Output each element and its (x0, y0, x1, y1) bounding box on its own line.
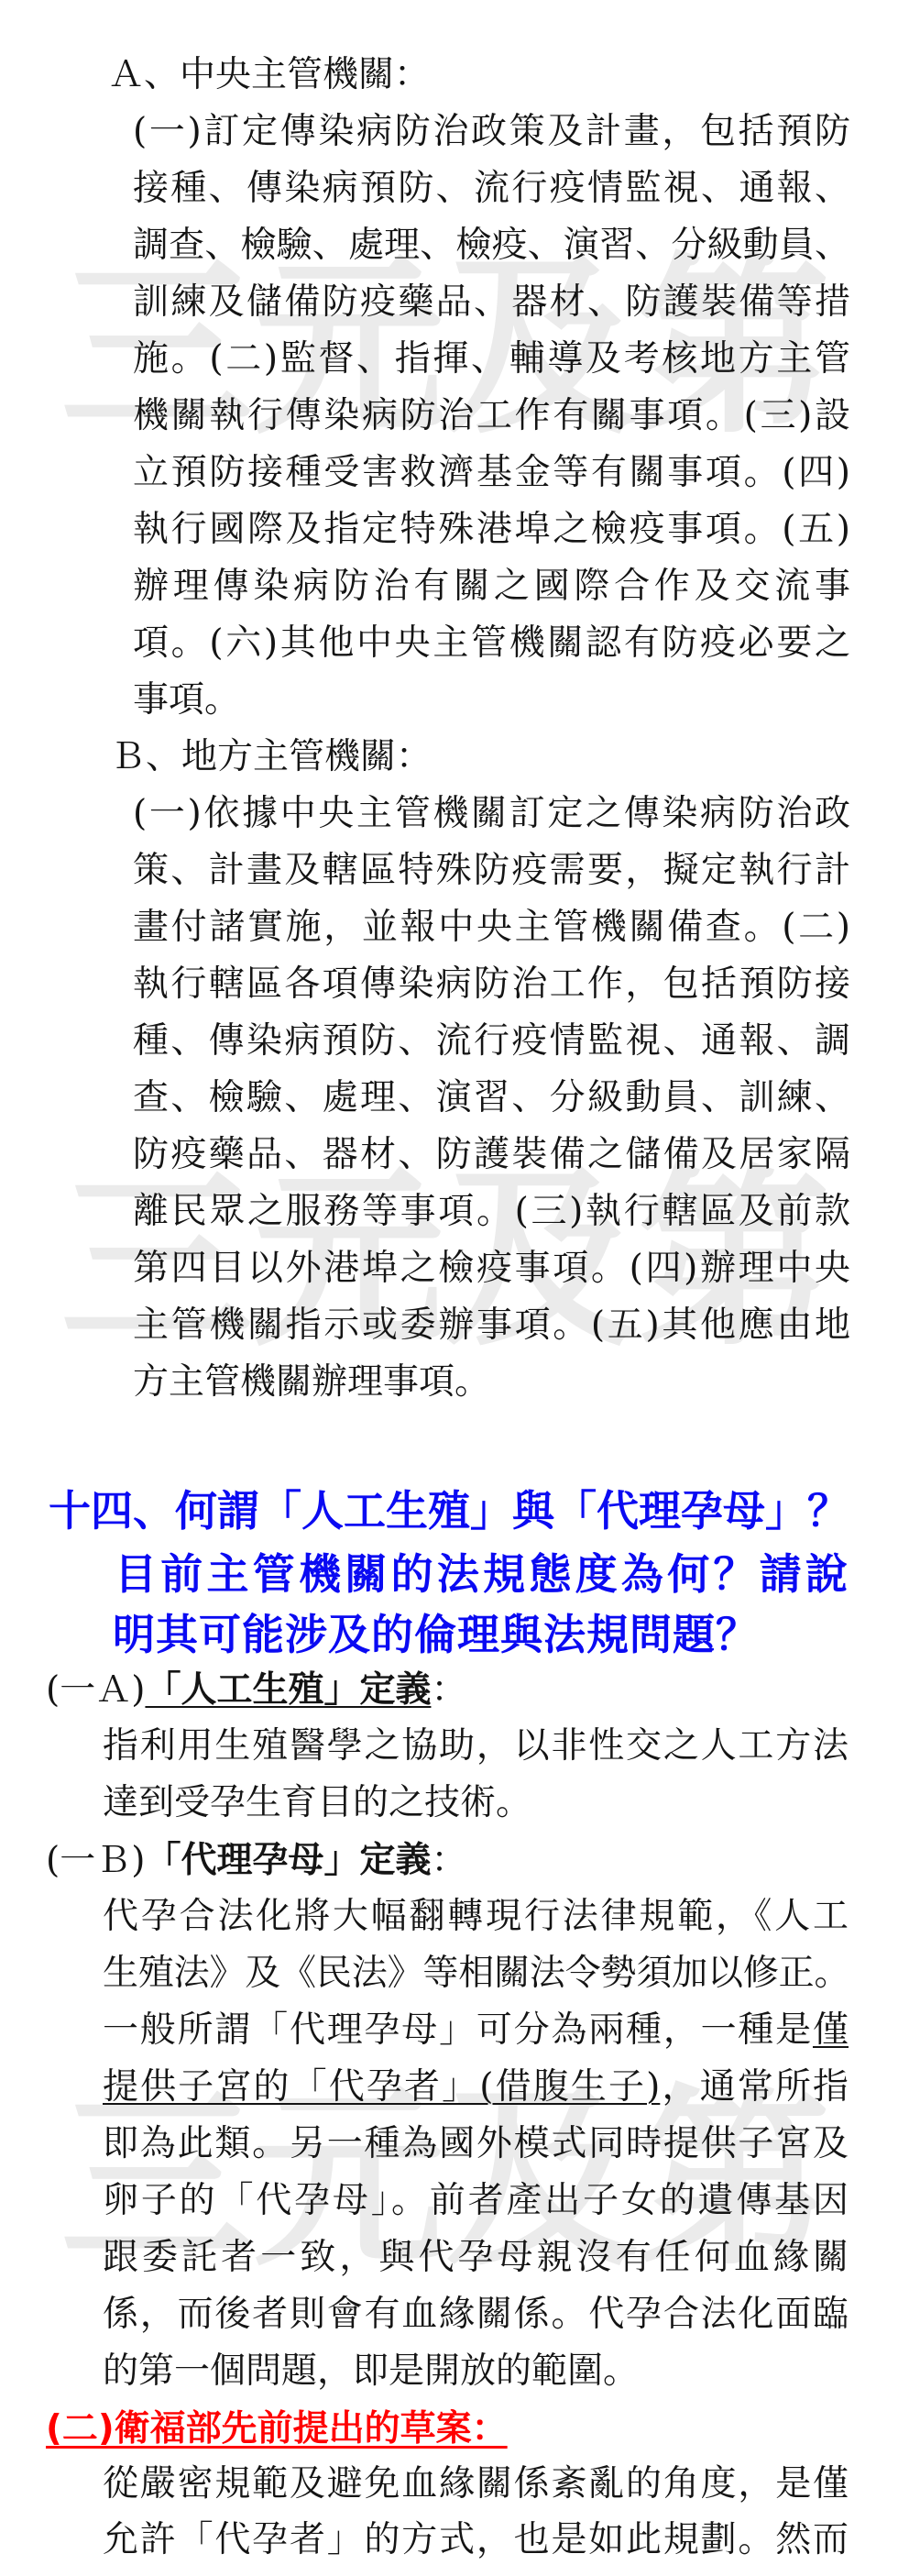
draft-line: 允許「代孕者」的方式，也是如此規劃。然而 (103, 2512, 849, 2569)
section-a-line: 調查、檢驗、處理、檢疫、演習、分級動員、 (133, 217, 850, 274)
section-b-line: 執行轄區各項傳染病防治工作，包括預防接 (133, 956, 850, 1013)
section-b-line: 策、計畫及轄區特殊防疫需要，擬定執行計 (133, 842, 850, 899)
definition-b-line: 代孕合法化將大幅翻轉現行法律規範，《人工 (103, 1888, 849, 1945)
section-b-line: 種、傳染病預防、流行疫情監視、通報、調 (133, 1013, 850, 1070)
section-a-label: Ａ、中央主管機關： (108, 47, 658, 104)
definition-b-label: (一Ｂ)「代理孕母」定義： (46, 1832, 687, 1888)
draft-line: 從嚴密規範及避免血緣關係紊亂的角度，是僅 (103, 2456, 849, 2513)
section-b-line: 主管機關指示或委辦事項。(五)其他應由地 (133, 1297, 850, 1354)
section-b-line: 畫付諸實施，並報中央主管機關備查。(二) (133, 899, 850, 956)
question-heading-line: 十四、何謂「人工生殖」與「代理孕母」？ (49, 1480, 848, 1542)
section-a-line: 機關執行傳染病防治工作有關事項。(三)設 (133, 388, 850, 445)
definition-a-prefix: (一Ａ) (46, 1669, 145, 1711)
definition-a-label: (一Ａ)「人工生殖」定義： (46, 1661, 687, 1718)
definition-b-colon: ： (431, 1840, 466, 1881)
draft-heading: (二)衛福部先前提出的草案： (46, 2401, 687, 2458)
question-heading-line: 明其可能涉及的倫理與法規問題？ (113, 1603, 809, 1666)
section-b-label: Ｂ、地方主管機關： (110, 729, 660, 786)
definition-a-line: 指利用生殖醫學之協助，以非性交之人工方法 (103, 1718, 849, 1775)
definition-b-line: 跟委託者一致，與代孕母親沒有任何血緣關 (103, 2229, 849, 2286)
definition-a-colon: ： (431, 1669, 466, 1711)
document-page: 三元及第 三元及第 三元及第 Ａ、中央主管機關： (一)訂定傳染病防治政策及計畫… (0, 0, 898, 2576)
section-a-line: 施。(二)監督、指揮、輔導及考核地方主管 (133, 331, 850, 388)
section-a-line: (一)訂定傳染病防治政策及計畫，包括預防 (133, 104, 850, 160)
underlined-text: 僅 (813, 2009, 849, 2051)
definition-b-line: 卵子的「代孕母」。前者產出子女的遺傳基因 (103, 2173, 849, 2229)
line-text: ，通常所指 (660, 2066, 849, 2108)
section-a-line: 項。(六)其他中央主管機關認有防疫必要之 (133, 615, 850, 672)
definition-b-line: 提供子宮的「代孕者」(借腹生子)，通常所指 (103, 2059, 849, 2116)
section-b-line: 查、檢驗、處理、演習、分級動員、訓練、 (133, 1070, 850, 1127)
definition-b-line: 係，而後者則會有血緣關係。代孕合法化面臨 (103, 2286, 849, 2343)
definition-b-prefix: (一Ｂ) (46, 1840, 145, 1881)
section-b-line: 方主管機關辦理事項。 (133, 1354, 850, 1411)
section-a-line: 立預防接種受害救濟基金等有關事項。(四) (133, 445, 850, 501)
section-a-line: 事項。 (133, 672, 850, 729)
section-a-line: 辦理傳染病防治有關之國際合作及交流事 (133, 558, 850, 615)
definition-a-line: 達到受孕生育目的之技術。 (103, 1775, 849, 1832)
section-a-line: 接種、傳染病預防、流行疫情監視、通報、 (133, 160, 850, 217)
definition-a-term: 「人工生殖」定義 (145, 1668, 431, 1711)
section-a-line: 訓練及儲備防疫藥品、器材、防護裝備等措 (133, 274, 850, 331)
definition-b-line: 一般所謂「代理孕母」可分為兩種，一種是僅 (103, 2002, 849, 2059)
definition-b-line: 的第一個問題，即是開放的範圍。 (103, 2343, 849, 2400)
definition-b-line: 即為此類。另一種為國外模式同時提供子宮及 (103, 2116, 849, 2173)
section-b-line: 第四目以外港埠之檢疫事項。(四)辦理中央 (133, 1240, 850, 1297)
section-a-line: 執行國際及指定特殊港埠之檢疫事項。(五) (133, 501, 850, 558)
section-b-line: (一)依據中央主管機關訂定之傳染病防治政 (133, 786, 850, 842)
definition-b-term: 「代理孕母」定義 (145, 1839, 431, 1881)
question-heading-line: 目前主管機關的法規態度為何？請說 (115, 1543, 848, 1605)
line-text: 一般所謂「代理孕母」可分為兩種，一種是 (103, 2009, 813, 2051)
section-b-line: 防疫藥品、器材、防護裝備之儲備及居家隔 (133, 1127, 850, 1183)
underlined-text: 提供子宮的「代孕者」(借腹生子) (103, 2066, 660, 2108)
definition-b-line: 生殖法》及《民法》等相關法令勢須加以修正。 (103, 1945, 849, 2002)
section-b-line: 離民眾之服務等事項。(三)執行轄區及前款 (133, 1183, 850, 1240)
